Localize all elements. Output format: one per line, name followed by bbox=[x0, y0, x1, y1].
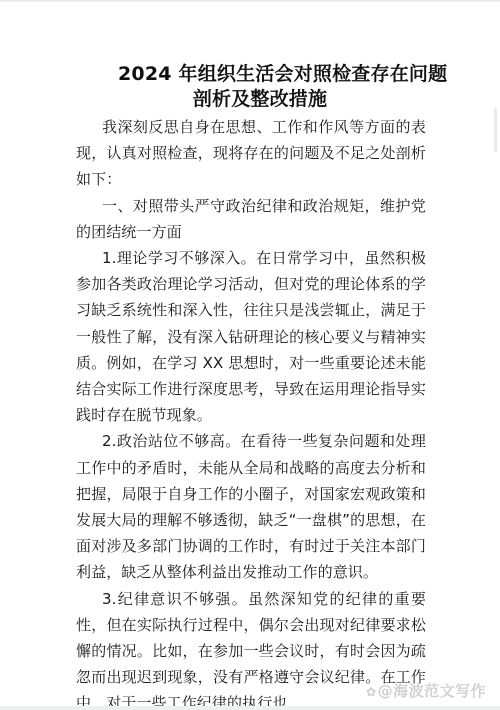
platform-logo-icon: ✿ bbox=[366, 685, 377, 699]
document-body: 我深刻反思自身在思想、工作和作风等方面的表现，认真对照检查，现将存在的问题及不足… bbox=[76, 114, 426, 710]
section-heading-1: 一、对照带头严守政治纪律和政治规矩，维护党的团结统一方面 bbox=[76, 193, 426, 245]
watermark: ✿@海波范文写作 bbox=[366, 680, 486, 701]
document-page: 2024 年组织生活会对照检查存在问题 剖析及整改措施 我深刻反思自身在思想、工… bbox=[76, 62, 426, 710]
document-title: 2024 年组织生活会对照检查存在问题 剖析及整改措施 bbox=[76, 62, 426, 112]
title-line-1: 2024 年组织生活会对照检查存在问题 bbox=[76, 62, 426, 87]
paragraph-item-1: 1.理论学习不够深入。在日常学习中，虽然积极参加各类政治理论学习活动，但对党的理… bbox=[76, 245, 426, 428]
scrollbar-thumb[interactable] bbox=[494, 108, 497, 152]
watermark-text: @海波范文写作 bbox=[378, 682, 487, 700]
title-line-2: 剖析及整改措施 bbox=[76, 87, 426, 112]
paragraph-item-2: 2.政治站位不够高。在看待一些复杂问题和处理工作中的矛盾时，未能从全局和战略的高… bbox=[76, 428, 426, 585]
paragraph-intro: 我深刻反思自身在思想、工作和作风等方面的表现，认真对照检查，现将存在的问题及不足… bbox=[76, 114, 426, 193]
top-border bbox=[0, 0, 500, 2]
bottom-border bbox=[0, 706, 500, 710]
